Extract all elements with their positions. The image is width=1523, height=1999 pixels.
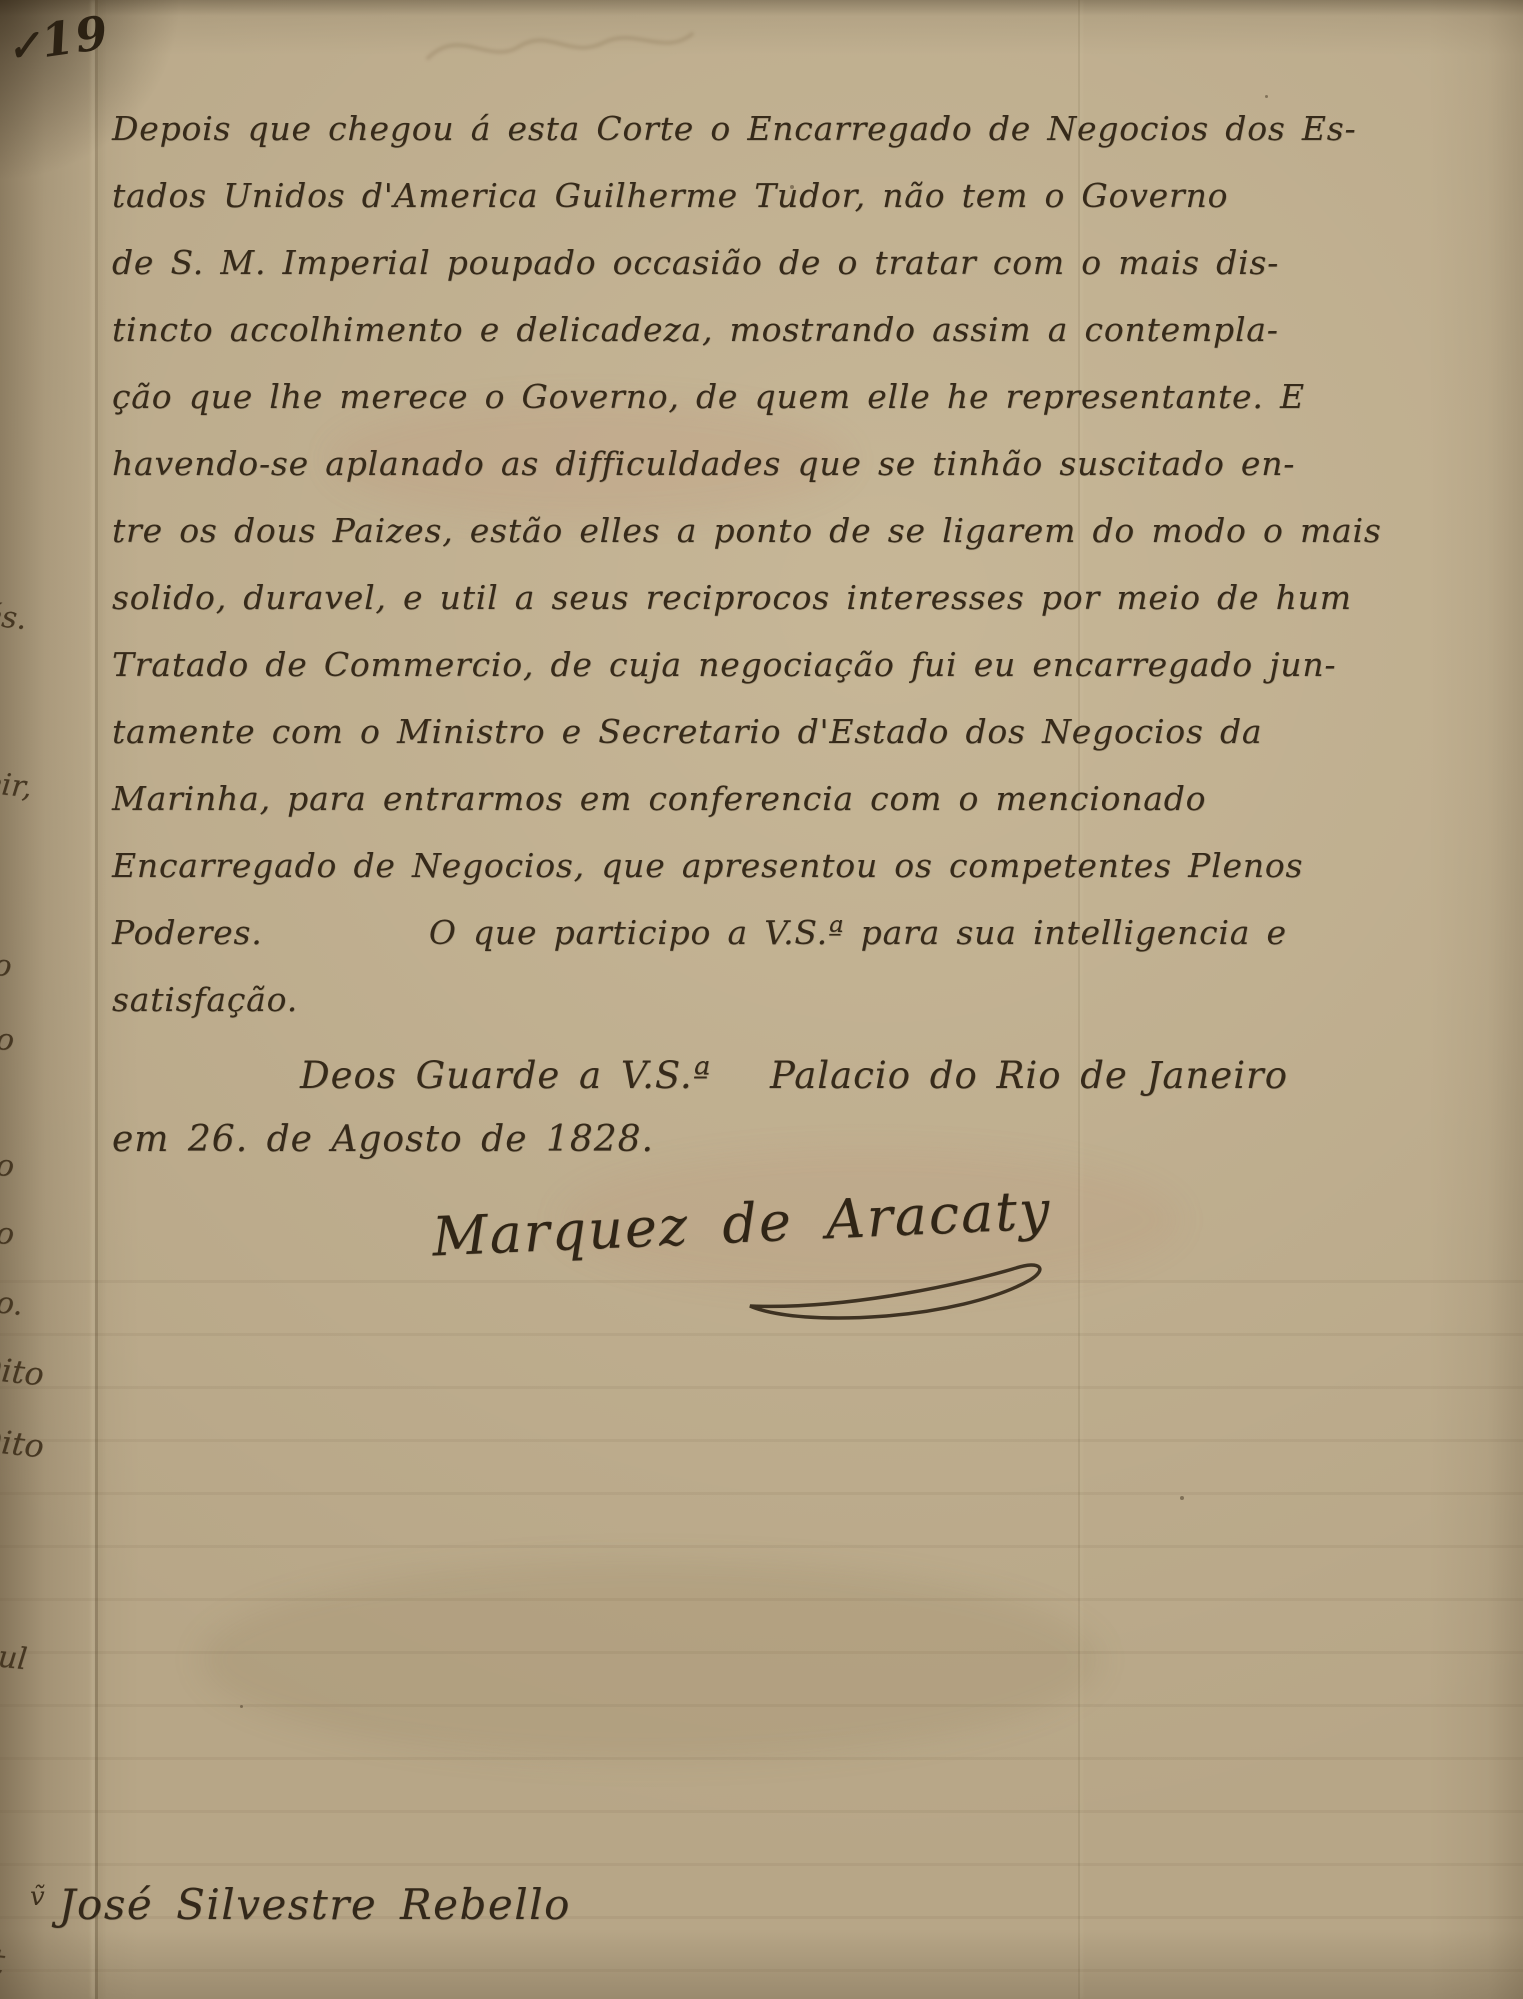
margin-fragment: t — [0, 1941, 7, 1983]
paper-speck — [240, 1705, 243, 1708]
addressee-mark: ṽ — [30, 1882, 45, 1912]
body-line: solido, duravel, e util a seus reciproco… — [112, 564, 1513, 631]
body-line: satisfação. — [112, 966, 1513, 1033]
body-line: Depois que chegou á esta Corte o Encarre… — [112, 95, 1513, 162]
document-page: ✓19 és.eir,llototototo.DitoDitooult Depo… — [0, 0, 1523, 1999]
bleed-through-mark — [420, 16, 700, 76]
body-line: Marinha, para entrarmos em conferencia c… — [112, 765, 1513, 832]
addressee-row: ṽJosé Silvestre Rebello — [30, 1880, 571, 1929]
closing-salutation: Deos Guarde a V.S.ª — [300, 1042, 711, 1109]
margin-fragment: to — [0, 1021, 16, 1059]
margin-fragment: Dito — [0, 1349, 46, 1394]
paper-speck — [1180, 1496, 1184, 1500]
body-line: tamente com o Ministro e Secretario d'Es… — [112, 698, 1513, 765]
participo-sentence: O que participo a V.S.ª para sua intelli… — [429, 913, 1287, 952]
closing-place: Palacio do Rio de Janeiro — [770, 1042, 1288, 1109]
margin-fragment: to — [0, 1147, 16, 1185]
body-line: tincto accolhimento e delicadeza, mostra… — [112, 296, 1513, 363]
addressee-name: José Silvestre Rebello — [59, 1880, 571, 1929]
date-line: em 26. de Agosto de 1828. — [112, 1106, 654, 1173]
body-line: Poderes. O que participo a V.S.ª para su… — [112, 899, 1513, 966]
letter-body: Depois que chegou á esta Corte o Encarre… — [112, 95, 1513, 1033]
body-line: de S. M. Imperial poupado occasião de o … — [112, 229, 1513, 296]
body-line: Encarregado de Negocios, que apresentou … — [112, 832, 1513, 899]
poderes-word: Poderes. — [112, 913, 263, 952]
margin-fragment: Dito — [0, 1421, 46, 1466]
margin-fragment: és. — [0, 598, 28, 637]
body-line: havendo-se aplanado as difficuldades que… — [112, 430, 1513, 497]
margin-fragment: to — [0, 1215, 16, 1253]
signature-flourish — [730, 1258, 1060, 1328]
body-line: ção que lhe merece o Governo, de quem el… — [112, 363, 1513, 430]
body-line: tre os dous Paizes, estão elles a ponto … — [112, 497, 1513, 564]
body-line: tados Unidos d'America Guilherme Tudor, … — [112, 162, 1513, 229]
facing-page-text-fragments: és.eir,llototototo.DitoDitooult — [0, 0, 60, 1999]
margin-fragment: eir, — [0, 766, 34, 806]
body-line: Tratado de Commercio, de cuja negociação… — [112, 631, 1513, 698]
body-lines: Depois que chegou á esta Corte o Encarre… — [112, 95, 1513, 899]
margin-fragment: lo — [0, 947, 13, 985]
margin-fragment: to. — [0, 1284, 25, 1323]
margin-fragment: oul — [0, 1638, 29, 1678]
